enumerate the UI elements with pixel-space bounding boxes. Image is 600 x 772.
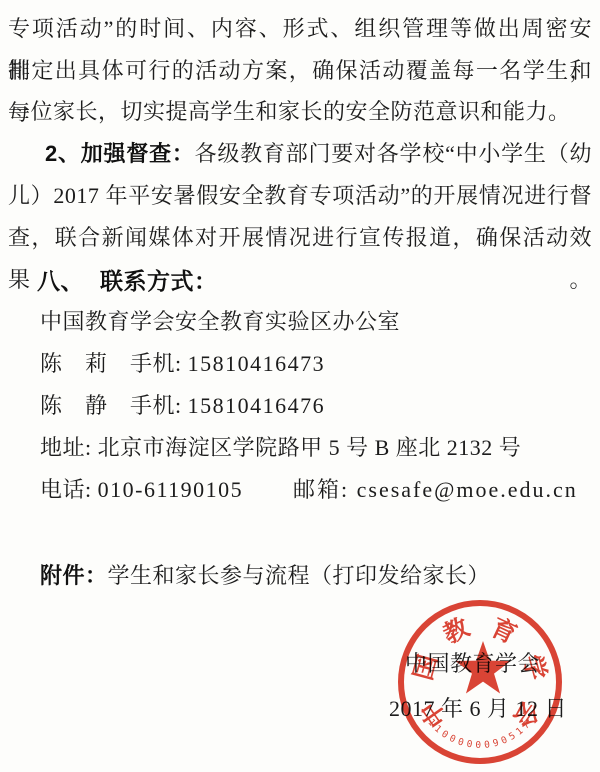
person2-name: 陈 静: [40, 393, 130, 418]
phone-number: 010-61190105: [98, 477, 244, 502]
contact-heading-label: 联系方式：: [100, 268, 218, 294]
contact-heading-number: 八、: [37, 268, 84, 294]
contact-section-heading: 八、联系方式：: [37, 260, 592, 302]
paragraph2-line1-rest: 各级教育部门要对各学校“中小学生（幼: [195, 141, 592, 166]
paragraph2-line2: 儿）2017 年平安暑假安全教育专项活动”的开展情况进行督: [8, 175, 592, 217]
seal-char-4: 育: [486, 612, 521, 649]
attachment-lead: 附件：: [40, 563, 108, 588]
person1-name: 陈 莉: [40, 351, 130, 376]
seal-star: [455, 641, 510, 693]
phone-label: 电话:: [40, 477, 98, 502]
document-page: 专项活动”的时间、内容、形式、组织管理等做出周密安排， 制定出具体可行的活动方案…: [0, 0, 600, 772]
paragraph2-line1: 2、加强督查：各级教育部门要对各学校“中小学生（幼: [8, 133, 592, 175]
attachment-text: 学生和家长参与流程（打印发给家长）: [108, 563, 491, 588]
email-address: 邮箱: csesafe@moe.edu.cn: [293, 469, 578, 511]
contact-office: 中国教育学会安全教育实验区办公室: [40, 301, 592, 343]
contact-address: 地址: 北京市海淀区学院路甲 5 号 B 座北 2132 号: [40, 427, 592, 469]
contact-person2: 陈 静 手机: 15810416476: [40, 385, 592, 427]
person1-number: 15810416473: [188, 351, 326, 376]
official-seal: 中 国 教 育 学 会 1100000090517: [390, 596, 570, 772]
seal-char-2: 国: [409, 652, 443, 683]
attachment-line: 附件：学生和家长参与流程（打印发给家长）: [40, 555, 592, 597]
person2-number: 15810416476: [188, 393, 326, 418]
paragraph1-line3: 一位家长，切实提高学生和家长的安全防范意识和能力。: [8, 91, 592, 133]
contact-phone-email: 电话: 010-61190105 邮箱: csesafe@moe.edu.cn: [40, 469, 592, 511]
person2-label: 手机:: [130, 393, 188, 418]
contact-person1: 陈 莉 手机: 15810416473: [40, 343, 592, 385]
seal-char-5: 学: [517, 652, 551, 683]
person1-label: 手机:: [130, 351, 188, 376]
paragraph2-lead: 2、加强督查：: [45, 141, 195, 166]
seal-char-3: 教: [439, 613, 474, 649]
